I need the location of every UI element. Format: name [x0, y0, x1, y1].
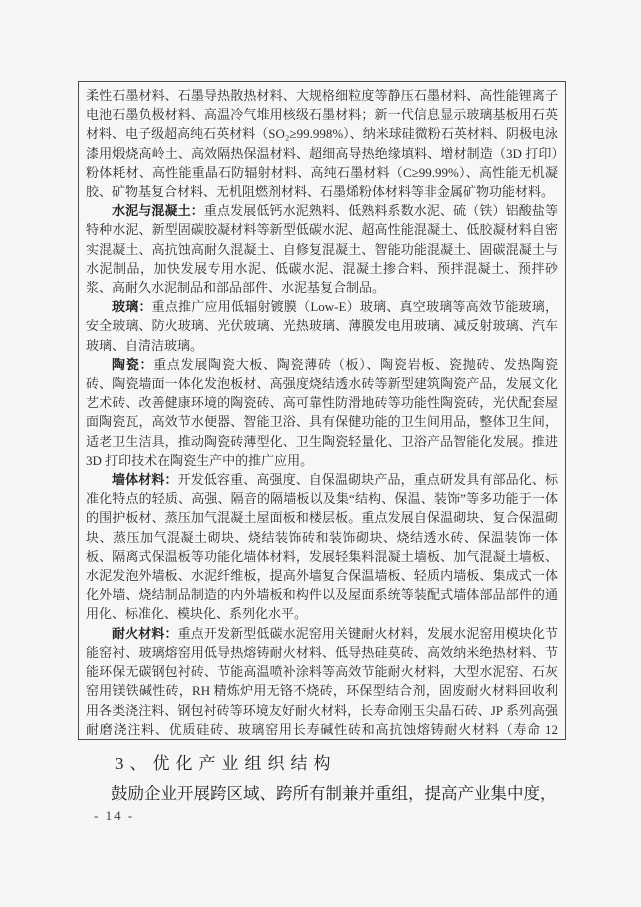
boxed-paragraph: 陶瓷：重点发展陶瓷大板、陶瓷薄砖（板）、陶瓷岩板、瓷抛砖、发热陶瓷砖、陶瓷墙面一… — [86, 355, 558, 470]
paragraph-text: 开发低容重、高强度、自保温砌块产品，重点研发具有部品化、标准化特点的轻质、高强、… — [86, 472, 558, 621]
paragraph-text: 重点推广应用低辐射镀膜（Low-E）玻璃、真空玻璃等高效节能玻璃，安全玻璃、防火… — [86, 299, 558, 352]
paragraph-label: 耐火材料： — [112, 626, 178, 641]
boxed-paragraph: 水泥与混凝土：重点发展低钙水泥熟料、低熟料系数水泥、硫（铁）铝酸盐等特种水泥、新… — [86, 201, 558, 297]
content-box: 柔性石墨材料、石墨导热散热材料、大规格细粒度等静压石墨材料、高性能锂离子电池石墨… — [78, 81, 566, 740]
boxed-paragraph: 耐火材料：重点开发新型低碳水泥窑用关键耐火材料，发展水泥窑用模块化节能窑衬、玻璃… — [86, 624, 558, 740]
paragraph-label: 水泥与混凝土： — [112, 203, 204, 218]
boxed-paragraph: 柔性石墨材料、石墨导热散热材料、大规格细粒度等静压石墨材料、高性能锂离子电池石墨… — [86, 86, 558, 201]
paragraph-label: 陶瓷： — [112, 357, 153, 372]
paragraph-text: 重点发展陶瓷大板、陶瓷薄砖（板）、陶瓷岩板、瓷抛砖、发热陶瓷砖、陶瓷墙面一体化发… — [86, 357, 558, 468]
page-number: - 14 - — [94, 808, 134, 824]
section-heading: 3、优化产业组织结构 — [81, 749, 569, 774]
paragraph-label: 玻璃： — [112, 299, 152, 314]
boxed-paragraph: 墙体材料：开发低容重、高强度、自保温砌块产品，重点研发具有部品化、标准化特点的轻… — [86, 470, 558, 624]
boxed-paragraph: 玻璃：重点推广应用低辐射镀膜（Low-E）玻璃、真空玻璃等高效节能玻璃，安全玻璃… — [86, 297, 558, 355]
body-paragraph: 鼓励企业开展跨区域、跨所有制兼并重组，提高产业集中度， — [78, 781, 568, 807]
paragraph-text: 重点开发新型低碳水泥窑用关键耐火材料，发展水泥窑用模块化节能窑衬、玻璃熔窑用低导… — [86, 626, 558, 740]
document-page: { "boxed_section": { "paragraphs": [ { "… — [0, 0, 641, 907]
boxed-paragraph-list: 柔性石墨材料、石墨导热散热材料、大规格细粒度等静压石墨材料、高性能锂离子电池石墨… — [86, 86, 558, 740]
paragraph-label: 墙体材料： — [112, 472, 178, 487]
paragraph-text: 柔性石墨材料、石墨导热散热材料、大规格细粒度等静压石墨材料、高性能锂离子电池石墨… — [86, 88, 558, 199]
